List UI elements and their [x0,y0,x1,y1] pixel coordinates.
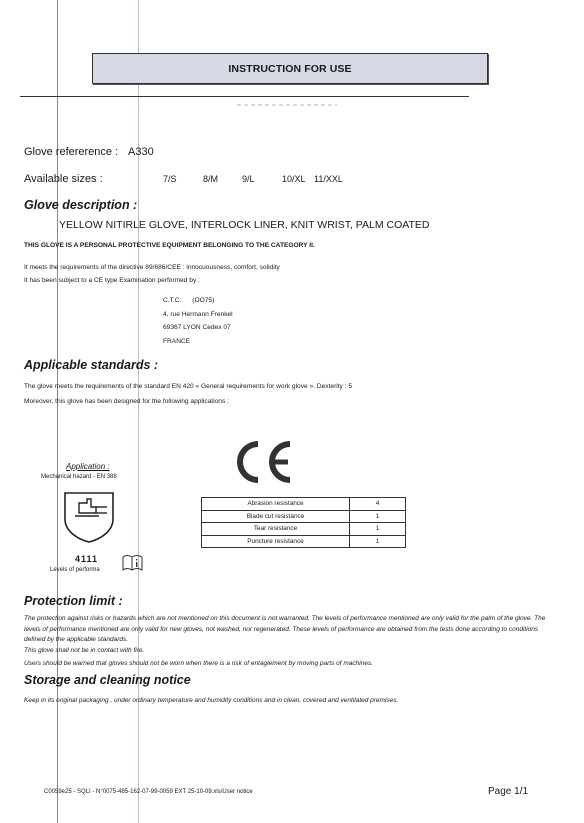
performance-label: Blade cut resistance [202,510,350,523]
performance-code: 4111 [75,554,98,564]
examination-statement: It has been subject to a CE type Examina… [24,277,200,284]
standards-heading: Applicable standards : [24,358,158,372]
page-number: Page 1/1 [488,786,528,797]
size-8m: 8/M [203,174,218,184]
document-title-box: INSTRUCTION FOR USE [92,53,488,84]
standards-line-1: The glove meets the requirements of the … [24,383,352,390]
description-text: YELLOW NITIRLE GLOVE, INTERLOCK LINER, K… [59,219,430,231]
table-row: Blade cut resistance1 [202,510,406,523]
directive-statement: It meets the requirements of the directi… [24,264,280,271]
levels-label: Levels of performa [50,567,100,573]
performance-label: Tear resistance [202,523,350,536]
info-book-icon [122,554,143,571]
examiner-country: FRANCE [163,338,190,345]
performance-value: 1 [350,510,406,523]
size-7s: 7/S [163,174,177,184]
faint-scan-mark [237,104,337,106]
storage-heading: Storage and cleaning notice [24,673,191,687]
entanglement-warning: Users should be warned that gloves shoul… [24,659,373,670]
protection-paragraph: The protection against risks or hazards … [24,614,554,646]
document-title: INSTRUCTION FOR USE [228,63,351,75]
performance-label: Abrasion resistance [202,498,350,511]
reference-label: Glove refererence : [24,146,118,158]
sizes-label: Available sizes : [24,173,103,185]
performance-value: 1 [350,535,406,548]
footer-reference: C0059e25 - SQLI - N°0075-485-162-07-99-0… [44,789,253,795]
size-10xl: 10/XL [282,174,306,184]
examiner-city: 69367 LYON Cedex 07 [163,324,231,331]
fire-warning: This glove shall not be in contact with … [24,646,144,657]
table-row: Abrasion resistance4 [202,498,406,511]
standards-line-2: Moreover, this glove has been designed f… [24,398,229,405]
examiner-street: 4, rue Hermann Frenkel [163,311,233,318]
category-statement: THIS GLOVE IS A PERSONAL PROTECTIVE EQUI… [24,242,315,249]
reference-value: A330 [128,146,154,158]
description-heading: Glove description : [24,198,137,212]
ce-mark-icon [232,440,296,484]
application-title: Application : [66,462,110,471]
header-divider [20,96,469,97]
examiner-name: C.T.C. (OO75) [163,297,214,304]
table-row: Puncture resistance1 [202,535,406,548]
size-11xxl: 11/XXL [314,174,343,184]
shield-hammer-icon [63,491,115,543]
performance-label: Puncture resistance [202,535,350,548]
size-9l: 9/L [242,174,255,184]
storage-text: Keep in its original packaging , under o… [24,696,398,707]
protection-heading: Protection limit : [24,594,123,608]
performance-table: Abrasion resistance4 Blade cut resistanc… [201,497,406,548]
performance-value: 1 [350,523,406,536]
hazard-label: Mechanical hazard - EN 388 [41,474,117,480]
table-row: Tear resistance1 [202,523,406,536]
performance-value: 4 [350,498,406,511]
